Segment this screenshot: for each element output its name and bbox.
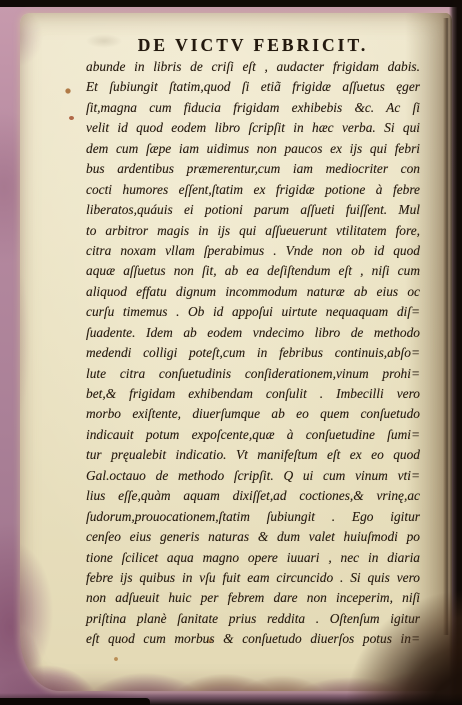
text-line: lute citra conſuetudinis conſiderationem…: [86, 364, 420, 384]
text-line: aquæ aſſuetus non ſit, ab ea deſiſtendum…: [86, 261, 420, 281]
body-lines: abunde in libris de criſi eſt , audacter…: [86, 57, 420, 650]
text-line: cocti humores eſſent,ſtatim ex frigidæ p…: [86, 180, 420, 200]
text-line: ſudorum,prouocationem,ſtatim ſubiungit .…: [86, 507, 420, 527]
text-line: morbo exiſtente, diuerſumque ab eo quem …: [86, 404, 420, 424]
text-line: indicauit potum expoſcente,quæ à conſuet…: [86, 425, 420, 445]
text-line: curſu timemus . Ob id appoſui uirtute ne…: [86, 302, 420, 322]
text-line: abunde in libris de criſi eſt , audacter…: [86, 57, 420, 77]
text-line: cenſeo eius generis naturas & dum valet …: [86, 527, 420, 547]
foxing-mark: [69, 116, 74, 120]
text-line: velit id quod eodem libro ſcripſit in hæ…: [86, 118, 420, 138]
text-line: tione ſcilicet aqua magno opere iuuari ,…: [86, 548, 420, 568]
page-text-block: DE VICTV FEBRICIT. abunde in libris de c…: [86, 36, 420, 650]
scan-bottom-left-border: [0, 698, 150, 705]
book-scan: DE VICTV FEBRICIT. abunde in libris de c…: [0, 0, 462, 705]
text-line: ſit,magna cum fiducia frigidam exhibebis…: [86, 98, 420, 118]
text-line: ſuadente. Idem ab eodem vndecimo libro d…: [86, 323, 420, 343]
text-line: tur pręualebit indicatio. Vt manifeſtum …: [86, 445, 420, 465]
text-line: dem cum ſæpe iam uidimus non paucos ex i…: [86, 139, 420, 159]
running-header-title: DE VICTV FEBRICIT.: [86, 36, 420, 57]
text-line: liberatos,quáuis ei potioni parum aſſuet…: [86, 200, 420, 220]
scan-dark-corner: [292, 570, 462, 705]
text-line: Et ſubiungit ſtatim,quod ſi etiã frigidæ…: [86, 77, 420, 97]
text-line: lius eſſe,quàm aquam dixiſſet,ad coction…: [86, 486, 420, 506]
text-line: bet,& frigidam exhibendam conſulit . Imb…: [86, 384, 420, 404]
text-line: aliquod effatu dignum incommodum naturæ …: [86, 282, 420, 302]
text-line: Gal.octauo de methodo ſcripſit. Q ui cum…: [86, 466, 420, 486]
text-line: bus ardentibus præmerentur,cum iam medio…: [86, 159, 420, 179]
text-line: to arbitror magis in ijs qui aſſueuerunt…: [86, 221, 420, 241]
text-line: citra noxam vllam ſperabimus . Vnde non …: [86, 241, 420, 261]
text-line: medendi colligi poteſt,cum in febribus c…: [86, 343, 420, 363]
